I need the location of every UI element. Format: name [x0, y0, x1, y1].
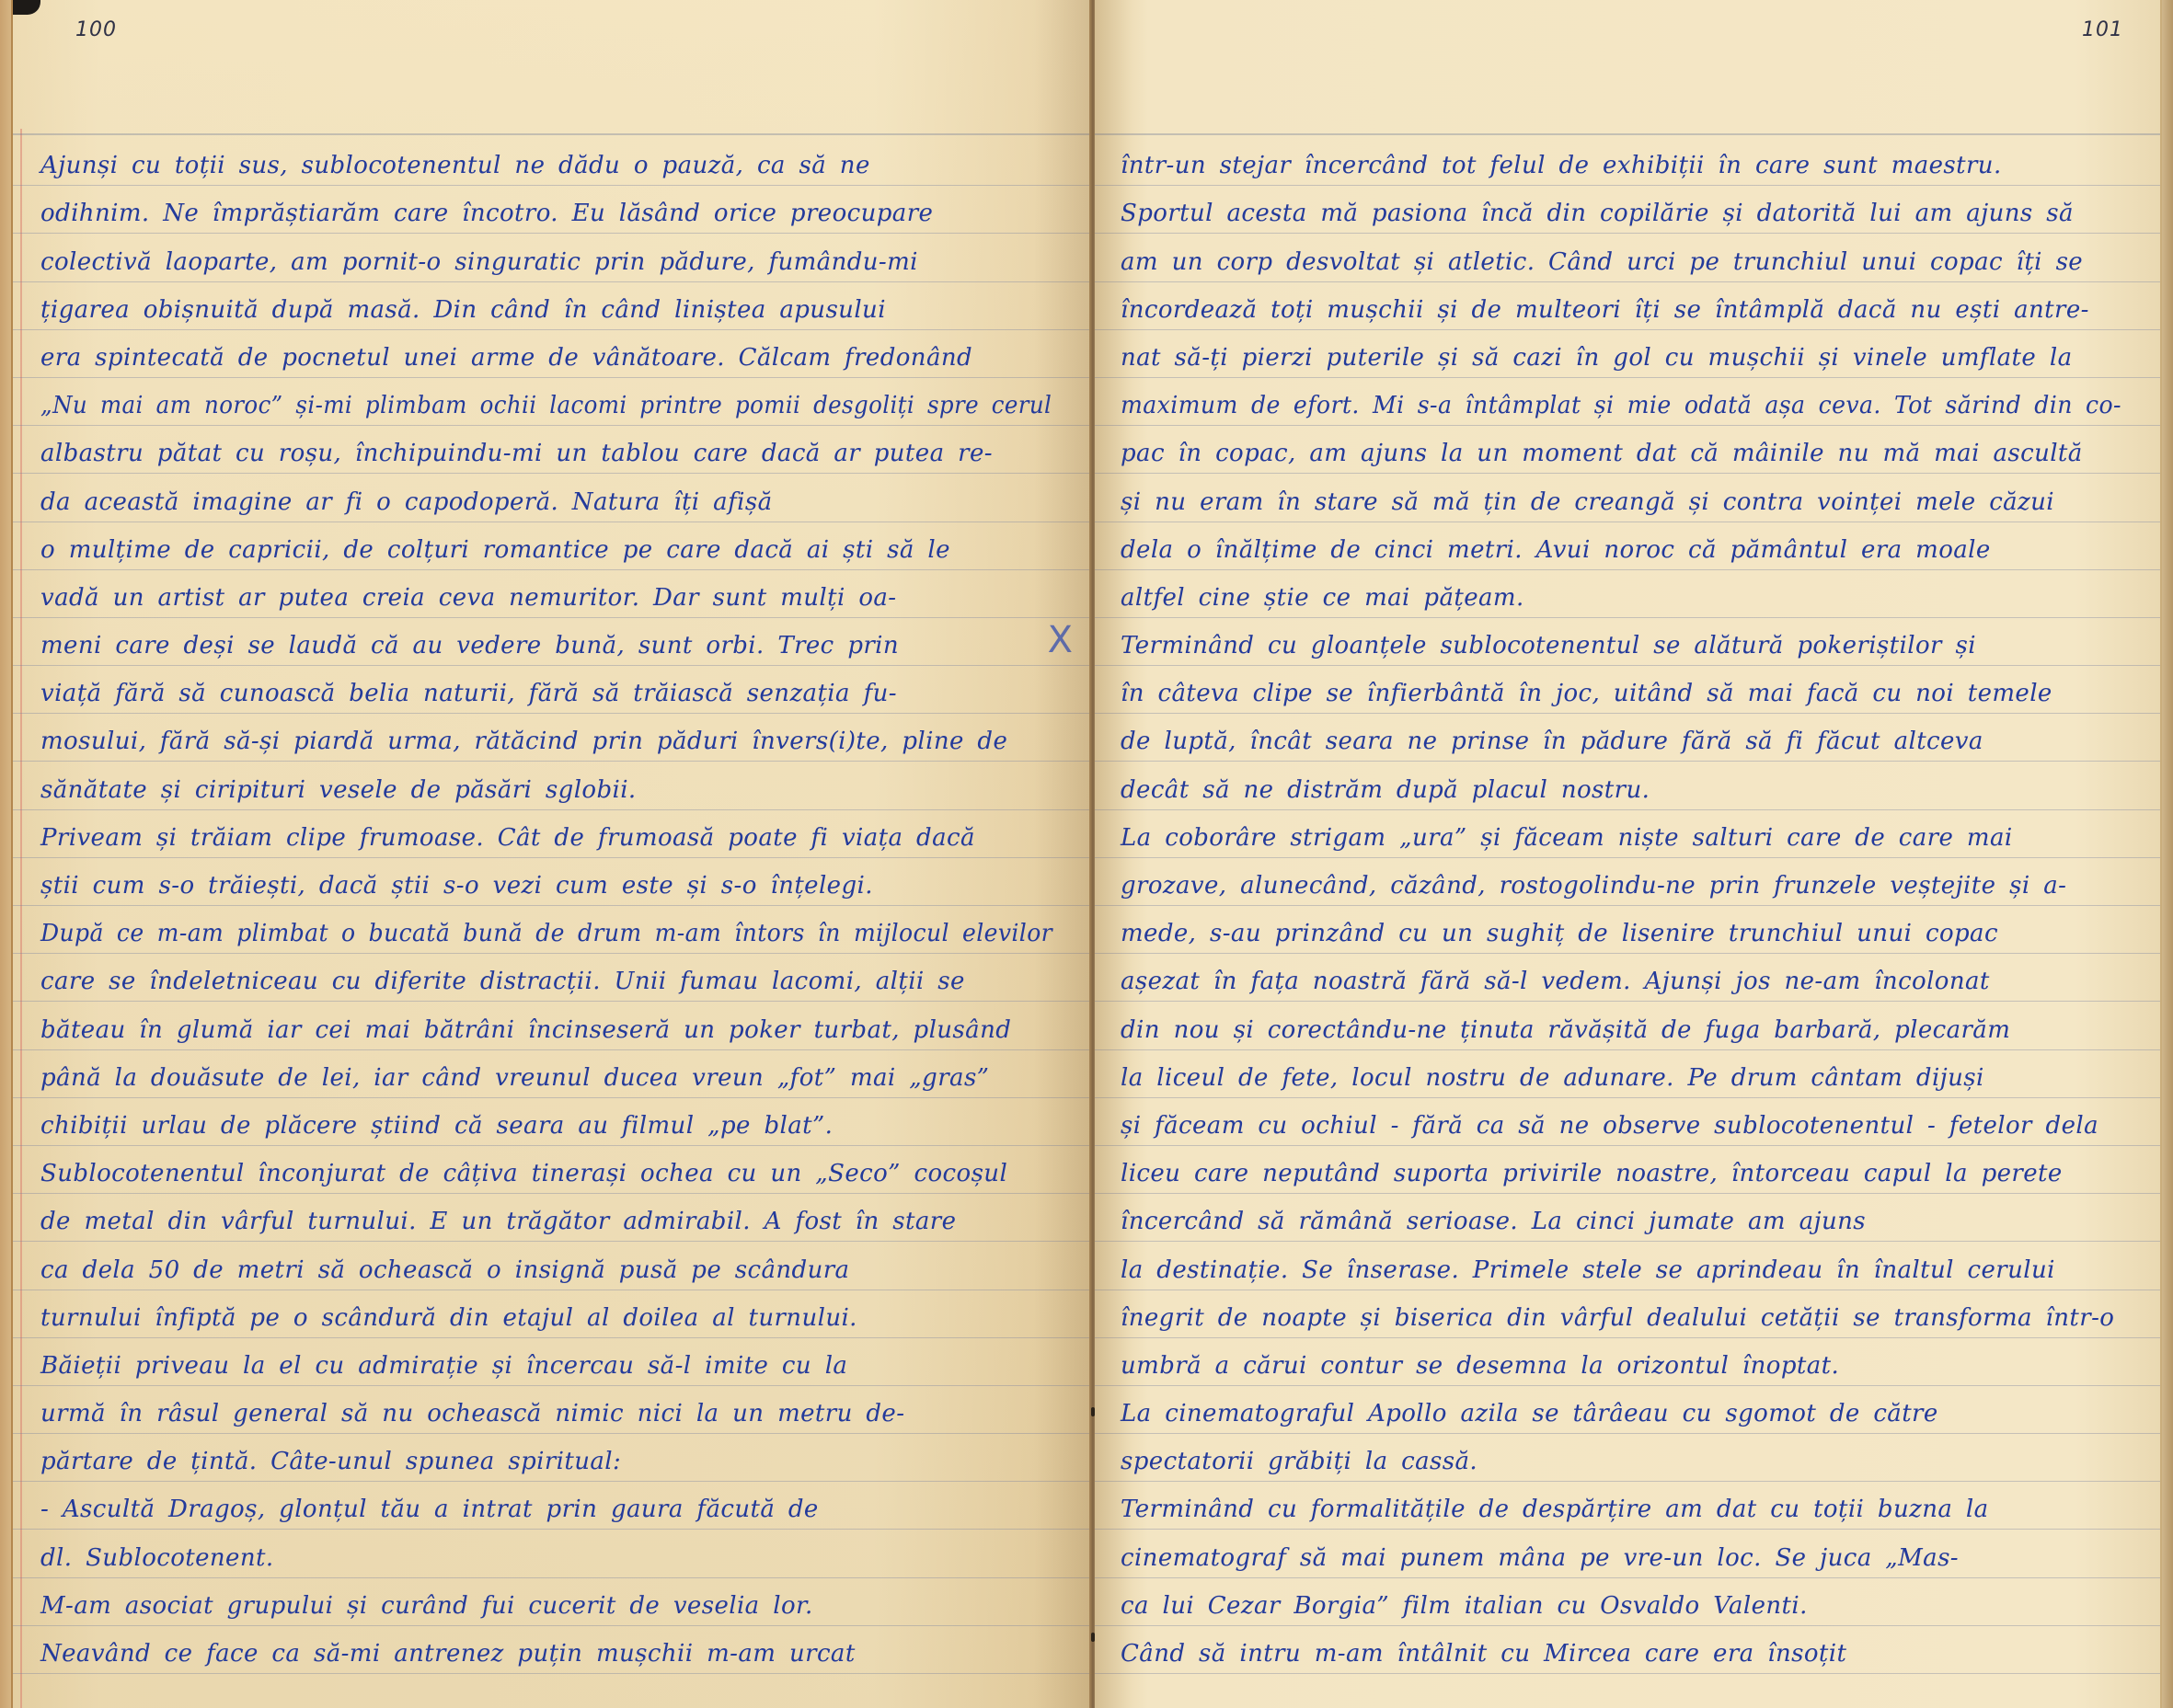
line-text: urmă în râsul general să nu ochească nim… — [40, 1400, 904, 1427]
text-line: „Nu mai am noroc” și-mi plimbam ochii la… — [13, 378, 1089, 426]
line-text: La coborâre strigam „ura” și făceam nișt… — [1121, 824, 2013, 852]
text-line: până la douăsute de lei, iar când vreunu… — [13, 1050, 1089, 1098]
line-text: știi cum s-o trăiești, dacă știi s-o vez… — [40, 872, 873, 900]
text-line: la destinație. Se înserase. Primele stel… — [1095, 1242, 2160, 1290]
line-text: țigarea obișnuită după masă. Din când în… — [40, 296, 886, 324]
text-line: Ajunși cu toții sus, sublocotenentul ne … — [13, 138, 1089, 186]
text-line: pac în copac, am ajuns la un moment dat … — [1095, 426, 2160, 474]
text-line: mosului, fără să-și piardă urma, rătăcin… — [13, 714, 1089, 762]
text-line: albastru pătat cu roșu, închipuindu-mi u… — [13, 426, 1089, 474]
line-text: „Nu mai am noroc” și-mi plimbam ochii la… — [40, 392, 1052, 419]
text-line: Băieții priveau la el cu admirație și în… — [13, 1338, 1089, 1386]
text-line: decât să ne distrăm după placul nostru. — [1095, 762, 2160, 809]
text-line: dl. Sublocotenent. — [13, 1530, 1089, 1577]
line-text: altfel cine știe ce mai pățeam. — [1121, 584, 1524, 612]
line-text: După ce m-am plimbat o bucată bună de dr… — [40, 920, 1052, 947]
header-rule — [13, 133, 1089, 135]
line-text: și făceam cu ochiul - fără ca să ne obse… — [1121, 1112, 2098, 1140]
line-text: de luptă, încât seara ne prinse în pădur… — [1121, 728, 1983, 755]
page-corner-shadow — [13, 0, 40, 15]
text-line: dela o înălțime de cinci metri. Avui nor… — [1095, 522, 2160, 570]
line-text: cinematograf să mai punem mâna pe vre-un… — [1121, 1544, 1959, 1572]
text-line: am un corp desvoltat și atletic. Când ur… — [1095, 234, 2160, 281]
text-line: înegrit de noapte și biserica din vârful… — [1095, 1290, 2160, 1338]
page-number: 101 — [2082, 18, 2123, 41]
line-text: ca lui Cezar Borgia” film italian cu Osv… — [1121, 1592, 1808, 1620]
text-line: și nu eram în stare să mă țin de creangă… — [1095, 474, 2160, 522]
line-text: turnului înfiptă pe o scândură din etaju… — [40, 1304, 857, 1332]
line-text: Priveam și trăiam clipe frumoase. Cât de… — [40, 824, 975, 852]
handwritten-lines: Ajunși cu toții sus, sublocotenentul ne … — [13, 138, 1089, 1674]
text-line: în câteva clipe se înfierbântă în joc, u… — [1095, 666, 2160, 714]
text-line: liceu care neputând suporta privirile no… — [1095, 1146, 2160, 1194]
line-text: vadă un artist ar putea creia ceva nemur… — [40, 584, 897, 612]
text-line: Sportul acesta mă pasiona încă din copil… — [1095, 186, 2160, 234]
text-line: spectatorii grăbiți la cassă. — [1095, 1434, 2160, 1482]
text-line: de metal din vârful turnului. E un trăgă… — [13, 1194, 1089, 1242]
line-text: mede, s-au prinzând cu un sughiț de lise… — [1121, 920, 1998, 947]
text-line: la liceul de fete, locul nostru de aduna… — [1095, 1050, 2160, 1098]
text-line: - Ascultă Dragoș, glonțul tău a intrat p… — [13, 1482, 1089, 1530]
text-line: M-am asociat grupului și curând fui cuce… — [13, 1578, 1089, 1626]
text-line: meni care deși se laudă că au vedere bun… — [13, 618, 1089, 666]
line-text: Neavând ce face ca să-mi antrenez puțin … — [40, 1640, 856, 1668]
text-line: ca lui Cezar Borgia” film italian cu Osv… — [1095, 1578, 2160, 1626]
line-text: Terminând cu formalitățile de despărțire… — [1121, 1496, 1989, 1523]
text-line: și făceam cu ochiul - fără ca să ne obse… — [1095, 1098, 2160, 1146]
text-line: părtare de țintă. Câte-unul spunea spiri… — [13, 1434, 1089, 1482]
line-text: sănătate și ciripituri vesele de păsări … — [40, 776, 637, 804]
text-line: După ce m-am plimbat o bucată bună de dr… — [13, 906, 1089, 954]
text-line: grozave, alunecând, căzând, rostogolindu… — [1095, 858, 2160, 906]
line-text: viață fără să cunoască belia naturii, fă… — [40, 680, 897, 707]
text-line: într-un stejar încercând tot felul de ex… — [1095, 138, 2160, 186]
text-line: încercând să rămână serioase. La cinci j… — [1095, 1194, 2160, 1242]
line-text: o mulțime de capricii, de colțuri romant… — [40, 536, 950, 564]
line-text: dl. Sublocotenent. — [40, 1544, 274, 1572]
text-line: maximum de efort. Mi s-a întâmplat și mi… — [1095, 378, 2160, 426]
line-text: umbră a cărui contur se desemna la orizo… — [1121, 1352, 1839, 1380]
line-text: Când să intru m-am întâlnit cu Mircea ca… — [1121, 1640, 1846, 1668]
text-line: chibiții urlau de plăcere știind că sear… — [13, 1098, 1089, 1146]
text-line: era spintecată de pocnetul unei arme de … — [13, 330, 1089, 378]
line-text: din nou și corectându-ne ținuta răvășită… — [1121, 1016, 2010, 1044]
notebook-spread: 100 Ajunși cu toții sus, sublocotenentul… — [0, 0, 2173, 1708]
text-line: mede, s-au prinzând cu un sughiț de lise… — [1095, 906, 2160, 954]
text-line: cinematograf să mai punem mâna pe vre-un… — [1095, 1530, 2160, 1577]
line-text: încercând să rămână serioase. La cinci j… — [1121, 1208, 1866, 1235]
line-text: Ajunși cu toții sus, sublocotenentul ne … — [40, 152, 870, 179]
line-text: Băieții priveau la el cu admirație și în… — [40, 1352, 847, 1380]
line-text: care se îndeletniceau cu diferite distra… — [40, 968, 965, 995]
text-line: sănătate și ciripituri vesele de păsări … — [13, 762, 1089, 809]
line-text: încordează toți mușchii și de multeori î… — [1121, 296, 2089, 324]
text-line: care se îndeletniceau cu diferite distra… — [13, 954, 1089, 1002]
line-text: în câteva clipe se înfierbântă în joc, u… — [1121, 680, 2052, 707]
line-text: Sublocotenentul înconjurat de câțiva tin… — [40, 1160, 1007, 1187]
line-text: într-un stejar încercând tot felul de ex… — [1121, 152, 2002, 179]
line-text: înegrit de noapte și biserica din vârful… — [1121, 1304, 2114, 1332]
line-text: până la douăsute de lei, iar când vreunu… — [40, 1064, 989, 1092]
line-text: spectatorii grăbiți la cassă. — [1121, 1448, 1477, 1475]
line-text: dela o înălțime de cinci metri. Avui nor… — [1121, 536, 1991, 564]
line-text: de metal din vârful turnului. E un trăgă… — [40, 1208, 956, 1235]
line-text: maximum de efort. Mi s-a întâmplat și mi… — [1121, 392, 2121, 419]
text-line: vadă un artist ar putea creia ceva nemur… — [13, 570, 1089, 618]
line-text: liceu care neputând suporta privirile no… — [1121, 1160, 2063, 1187]
line-text: M-am asociat grupului și curând fui cuce… — [40, 1592, 813, 1620]
line-text: grozave, alunecând, căzând, rostogolindu… — [1121, 872, 2066, 900]
text-line: băteau în glumă iar cei mai bătrâni înci… — [13, 1002, 1089, 1049]
text-line: da această imagine ar fi o capodoperă. N… — [13, 474, 1089, 522]
text-line: de luptă, încât seara ne prinse în pădur… — [1095, 714, 2160, 762]
page-number: 100 — [75, 18, 117, 41]
line-text: la liceul de fete, locul nostru de aduna… — [1121, 1064, 1984, 1092]
line-text: ca dela 50 de metri să ochească o insign… — [40, 1256, 849, 1284]
line-text: la destinație. Se înserase. Primele stel… — [1121, 1256, 2055, 1284]
text-line: Sublocotenentul înconjurat de câțiva tin… — [13, 1146, 1089, 1194]
line-text: era spintecată de pocnetul unei arme de … — [40, 344, 972, 372]
line-text: am un corp desvoltat și atletic. Când ur… — [1121, 248, 2083, 276]
right-page: 101 într-un stejar încercând tot felul d… — [1095, 0, 2162, 1708]
text-line: Terminând cu formalitățile de despărțire… — [1095, 1482, 2160, 1530]
text-line: altfel cine știe ce mai pățeam. — [1095, 570, 2160, 618]
text-line: Neavând ce face ca să-mi antrenez puțin … — [13, 1626, 1089, 1674]
margin-x-mark: X — [1048, 619, 1073, 661]
line-text: La cinematograful Apollo azila se târâea… — [1121, 1400, 1938, 1427]
line-text: așezat în fața noastră fără să-l vedem. … — [1121, 968, 1990, 995]
line-text: colectivă laoparte, am pornit-o singurat… — [40, 248, 918, 276]
line-text: Terminând cu gloanțele sublocotenentul s… — [1121, 632, 1976, 659]
text-line: odihnim. Ne împrăștiarăm care încotro. E… — [13, 186, 1089, 234]
line-text: chibiții urlau de plăcere știind că sear… — [40, 1112, 833, 1140]
line-text: decât să ne distrăm după placul nostru. — [1121, 776, 1650, 804]
line-text: da această imagine ar fi o capodoperă. N… — [40, 488, 772, 516]
text-line: nat să-ți pierzi puterile și să cazi în … — [1095, 330, 2160, 378]
text-line: Terminând cu gloanțele sublocotenentul s… — [1095, 618, 2160, 666]
line-text: nat să-ți pierzi puterile și să cazi în … — [1121, 344, 2072, 372]
line-text: Sportul acesta mă pasiona încă din copil… — [1121, 200, 2074, 227]
text-line: viață fără să cunoască belia naturii, fă… — [13, 666, 1089, 714]
text-line: La coborâre strigam „ura” și făceam nișt… — [1095, 810, 2160, 858]
line-text: băteau în glumă iar cei mai bătrâni înci… — [40, 1016, 1011, 1044]
text-line: Priveam și trăiam clipe frumoase. Cât de… — [13, 810, 1089, 858]
text-line: ca dela 50 de metri să ochească o insign… — [13, 1242, 1089, 1290]
line-text: mosului, fără să-și piardă urma, rătăcin… — [40, 728, 1007, 755]
text-line: așezat în fața noastră fără să-l vedem. … — [1095, 954, 2160, 1002]
line-text: pac în copac, am ajuns la un moment dat … — [1121, 440, 2083, 467]
left-page: 100 Ajunși cu toții sus, sublocotenentul… — [11, 0, 1089, 1708]
text-line: țigarea obișnuită după masă. Din când în… — [13, 282, 1089, 330]
line-text: și nu eram în stare să mă țin de creangă… — [1121, 488, 2054, 516]
line-text: albastru pătat cu roșu, închipuindu-mi u… — [40, 440, 993, 467]
text-line: o mulțime de capricii, de colțuri romant… — [13, 522, 1089, 570]
text-line: știi cum s-o trăiești, dacă știi s-o vez… — [13, 858, 1089, 906]
text-line: din nou și corectându-ne ținuta răvășită… — [1095, 1002, 2160, 1049]
line-text: - Ascultă Dragoș, glonțul tău a intrat p… — [40, 1496, 819, 1523]
handwritten-lines: într-un stejar încercând tot felul de ex… — [1095, 138, 2160, 1674]
text-line: umbră a cărui contur se desemna la orizo… — [1095, 1338, 2160, 1386]
text-line: Când să intru m-am întâlnit cu Mircea ca… — [1095, 1626, 2160, 1674]
line-text: meni care deși se laudă că au vedere bun… — [40, 632, 899, 659]
text-line: La cinematograful Apollo azila se târâea… — [1095, 1386, 2160, 1434]
line-text: părtare de țintă. Câte-unul spunea spiri… — [40, 1448, 621, 1475]
line-text: odihnim. Ne împrăștiarăm care încotro. E… — [40, 200, 933, 227]
header-rule — [1095, 133, 2160, 135]
text-line: colectivă laoparte, am pornit-o singurat… — [13, 234, 1089, 281]
text-line: încordează toți mușchii și de multeori î… — [1095, 282, 2160, 330]
text-line: urmă în râsul general să nu ochească nim… — [13, 1386, 1089, 1434]
text-line: turnului înfiptă pe o scândură din etaju… — [13, 1290, 1089, 1338]
